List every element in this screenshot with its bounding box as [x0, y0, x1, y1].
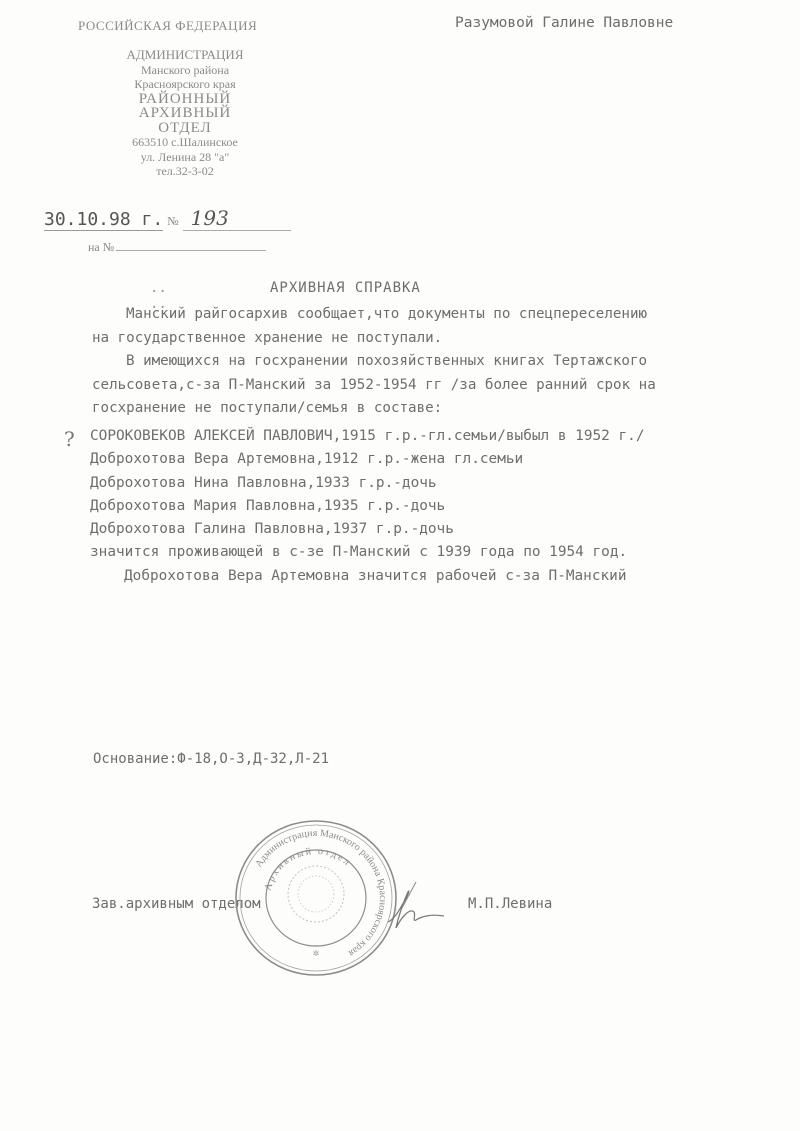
document-body: Манский райгосархив сообщает,что докумен… [92, 303, 752, 421]
letterhead-line: АДМИНИСТРАЦИЯ [60, 48, 310, 63]
handwritten-signature [382, 878, 482, 938]
handwritten-margin-mark: ? [64, 427, 75, 451]
paragraph-2-line-3: госхранение не поступали/семья в составе… [92, 397, 752, 421]
svg-text:✲: ✲ [313, 949, 320, 958]
letterhead-country: РОССИЙСКАЯ ФЕДЕРАЦИЯ [60, 18, 310, 34]
family-list: СОРОКОВЕКОВ АЛЕКСЕЙ ПАВЛОВИЧ,1915 г.р.-г… [90, 425, 750, 588]
outgoing-date-number: 30.10.98 г.№193 [44, 206, 291, 231]
title-text: АРХИВНАЯ СПРАВКА [270, 280, 421, 296]
letterhead-organization: АДМИНИСТРАЦИЯМанского районаКрасноярског… [60, 48, 310, 179]
letterhead-line: ОТДЕЛ [60, 121, 310, 136]
letterhead: РОССИЙСКАЯ ФЕДЕРАЦИЯ АДМИНИСТРАЦИЯМанско… [60, 18, 310, 179]
title-left-dots: .. [150, 280, 270, 296]
paragraph-1-line-1: Манский райгосархив сообщает,что докумен… [92, 303, 752, 327]
letterhead-line: 663510 с.Шалинское [60, 135, 310, 150]
official-stamp: Администрация Манского района Красноярск… [232, 818, 400, 978]
archival-basis: Основание:Ф-18,О-3,Д-32,Л-21 [93, 751, 329, 767]
letterhead-line: тел.32-3-02 [60, 164, 310, 179]
residence-statement: значится проживающей в с-зе П-Манский с … [90, 541, 750, 564]
reference-line: на № [88, 240, 266, 255]
family-member: Доброхотова Мария Павловна,1935 г.р.-доч… [90, 495, 750, 518]
letterhead-line: ул. Ленина 28 "а" [60, 150, 310, 165]
reference-blank [116, 250, 266, 251]
family-member: СОРОКОВЕКОВ АЛЕКСЕЙ ПАВЛОВИЧ,1915 г.р.-г… [90, 425, 750, 448]
letterhead-line: РАЙОННЫЙ [60, 92, 310, 107]
paragraph-1-line-2: на государственное хранение не поступали… [92, 327, 752, 351]
addressee: Разумовой Галине Павловне [455, 15, 673, 31]
reference-label: на № [88, 240, 114, 254]
paragraph-2-line-1: В имеющихся на госхранении похозяйственн… [92, 350, 752, 374]
paragraph-2-line-2: сельсовета,с-за П-Манский за 1952-1954 г… [92, 374, 752, 398]
employment-statement: Доброхотова Вера Артемовна значится рабо… [90, 565, 750, 588]
letterhead-line: Красноярского края [60, 77, 310, 92]
stamp-seal-icon: Администрация Манского района Красноярск… [232, 818, 400, 978]
letterhead-line: Манского района [60, 63, 310, 78]
outgoing-number: 193 [183, 206, 291, 231]
family-member: Доброхотова Вера Артемовна,1912 г.р.-жен… [90, 448, 750, 471]
letterhead-line: АРХИВНЫЙ [60, 106, 310, 121]
family-member: Доброхотова Нина Павловна,1933 г.р.-дочь [90, 472, 750, 495]
number-label: № [167, 214, 178, 228]
outgoing-date: 30.10.98 г. [44, 209, 163, 231]
family-member: Доброхотова Галина Павловна,1937 г.р.-до… [90, 518, 750, 541]
